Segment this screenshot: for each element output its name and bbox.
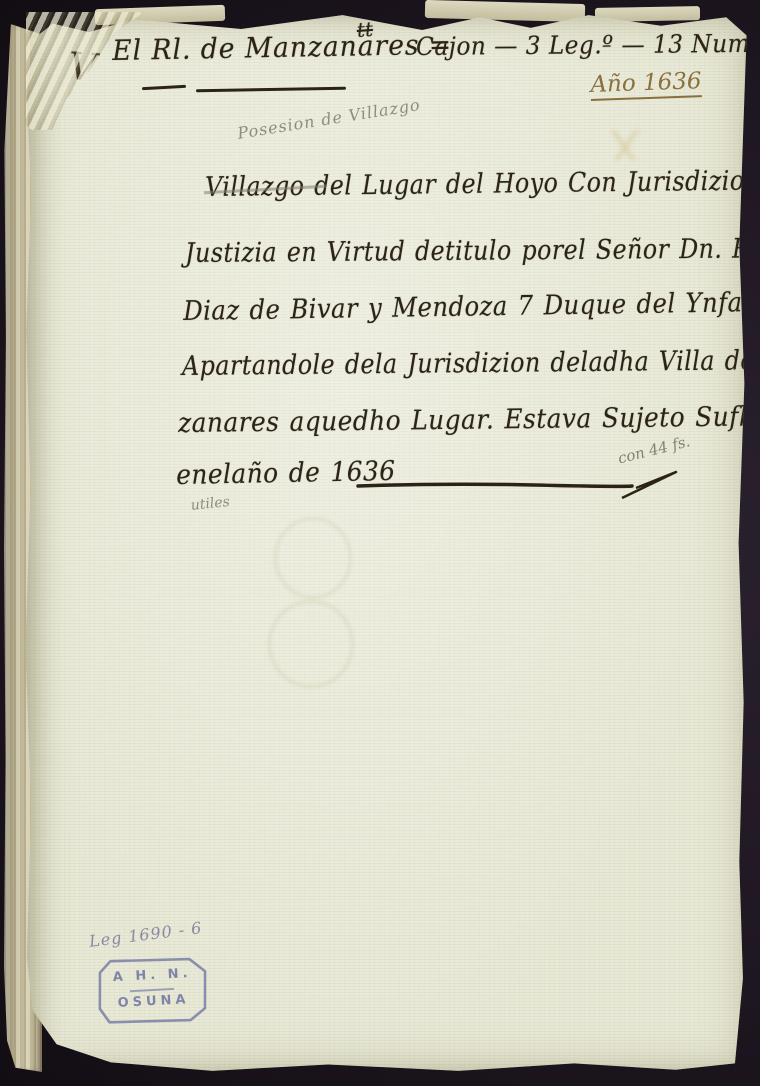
pencil-folio-count: con 44 fs. — [616, 432, 692, 467]
paper-watermark — [274, 517, 352, 599]
archive-reference: Cajon — 3 Leg.º — 13 Num.º — 1 — [416, 28, 760, 61]
year-label: Año 1636 — [590, 68, 702, 101]
ochre-stain — [602, 130, 648, 160]
legajo-number-note: Leg 1690 - 6 — [88, 918, 203, 951]
manuscript-line: zanares aquedho Lugar. Estava Sujeto Suf… — [178, 401, 760, 439]
manuscript-line: Justizia en Virtud detitulo porel Señor … — [185, 233, 760, 269]
scan-background: { "document": { "archive_mark": "V", "he… — [0, 0, 760, 1086]
manuscript-line: Apartandole dela Jurisdizion deladha Vil… — [182, 345, 760, 382]
pencil-annotation-title: Posesion de Villazgo — [236, 95, 422, 143]
collection-title: El Rl. de Manzanares = — [112, 28, 452, 67]
paper-watermark — [268, 600, 354, 688]
ahn-osuna-stamp: A H. N. OSUNA — [94, 953, 212, 1029]
ink-underline-flourish — [196, 87, 346, 93]
insertion-mark: tt — [356, 17, 374, 42]
ink-underline-flourish — [142, 85, 186, 90]
ink-flourish — [354, 464, 684, 508]
pencil-utiles-note: utiles — [190, 494, 231, 514]
manuscript-page: V El Rl. de Manzanares = tt Cajon — 3 Le… — [24, 12, 748, 1074]
manuscript-line: Villazgo del Lugar del Hoyo Con Jurisdiz… — [205, 165, 760, 203]
manuscript-line: Diaz de Bivar y Mendoza 7 Duque del Ynfa… — [183, 281, 760, 327]
folded-paper-flap — [425, 0, 585, 22]
